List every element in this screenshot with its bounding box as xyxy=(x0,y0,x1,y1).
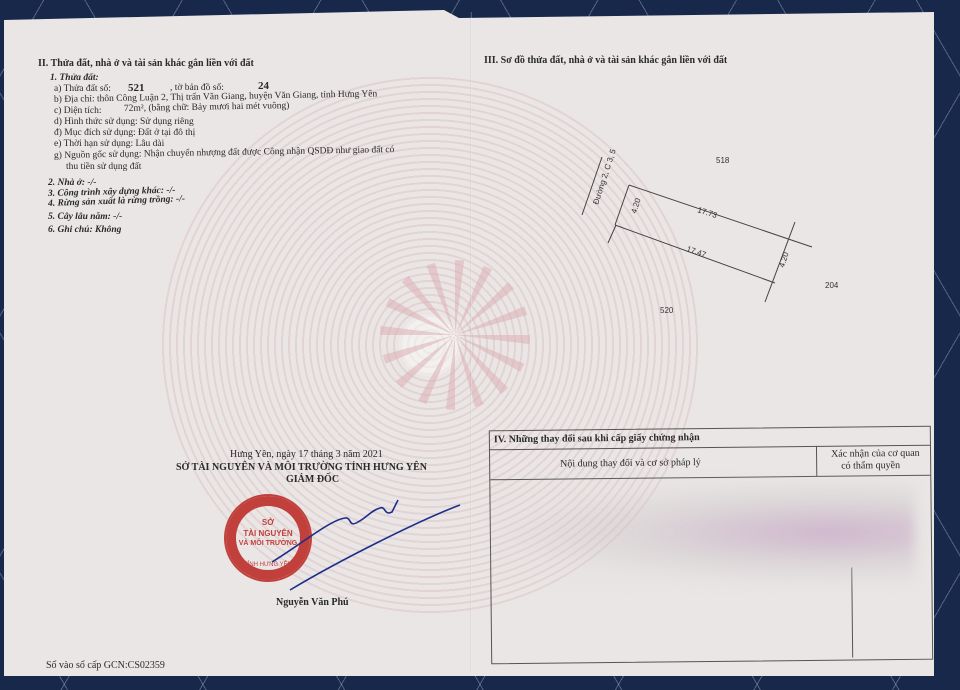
parcel-label: a) Thửa đất số: xyxy=(54,84,111,94)
column-content: Nội dung thay đổi và cơ sở pháp lý xyxy=(490,446,817,480)
column-confirmation: Xác nhận của cơ quan có thẩm quyền xyxy=(817,445,930,477)
usage-term: e) Thời hạn sử dụng: Lâu dài xyxy=(54,139,164,149)
area-label: c) Diện tích: xyxy=(54,106,101,116)
perennial-trees: 5. Cây lâu năm: -/- xyxy=(48,212,122,222)
seal-line-1: SỞ xyxy=(226,518,310,527)
official-seal: SỞ TÀI NGUYÊN VÀ MÔI TRƯỜNG TỈNH HƯNG YÊ… xyxy=(224,494,312,582)
house: 2. Nhà ở: -/- xyxy=(48,178,96,188)
section-2-title: II. Thửa đất, nhà ở và tài sản khác gắn … xyxy=(38,58,254,69)
star-emblem-icon xyxy=(380,260,530,410)
seal-line-2: TÀI NGUYÊN xyxy=(226,529,310,538)
usage-purpose: đ) Mục đích sử dụng: Đất ở tại đô thị xyxy=(54,128,195,138)
seal-line-3: VÀ MÔI TRƯỜNG xyxy=(226,540,310,547)
registry-number: Số vào sổ cấp GCN:CS02359 xyxy=(46,660,165,671)
page-fold xyxy=(470,12,472,672)
parcel-number: 521 xyxy=(128,82,145,94)
signer-name: Nguyễn Văn Phú xyxy=(276,597,349,608)
map-sheet-number: 24 xyxy=(258,80,269,92)
section-4-title: IV. Những thay đổi sau khi cấp giấy chứn… xyxy=(494,432,700,445)
origin-line-2: thu tiền sử dụng đất xyxy=(66,162,141,172)
usage-form: d) Hình thức sử dụng: Sử dụng riêng xyxy=(54,117,194,127)
note: 6. Ghi chú: Không xyxy=(48,225,121,235)
issuing-agency: SỞ TÀI NGUYÊN VÀ MÔI TRƯỜNG TỈNH HƯNG YÊ… xyxy=(176,462,427,473)
land-heading: 1. Thửa đất: xyxy=(50,73,99,83)
issue-date: Hưng Yên, ngày 17 tháng 3 năm 2021 xyxy=(230,449,383,460)
signer-position: GIÁM ĐỐC xyxy=(286,474,339,485)
section-3-title: III. Sơ đồ thửa đất, nhà ở và tài sản kh… xyxy=(484,55,727,66)
seal-line-4: TỈNH HƯNG YÊN xyxy=(226,562,310,568)
redacted-area xyxy=(495,480,915,585)
